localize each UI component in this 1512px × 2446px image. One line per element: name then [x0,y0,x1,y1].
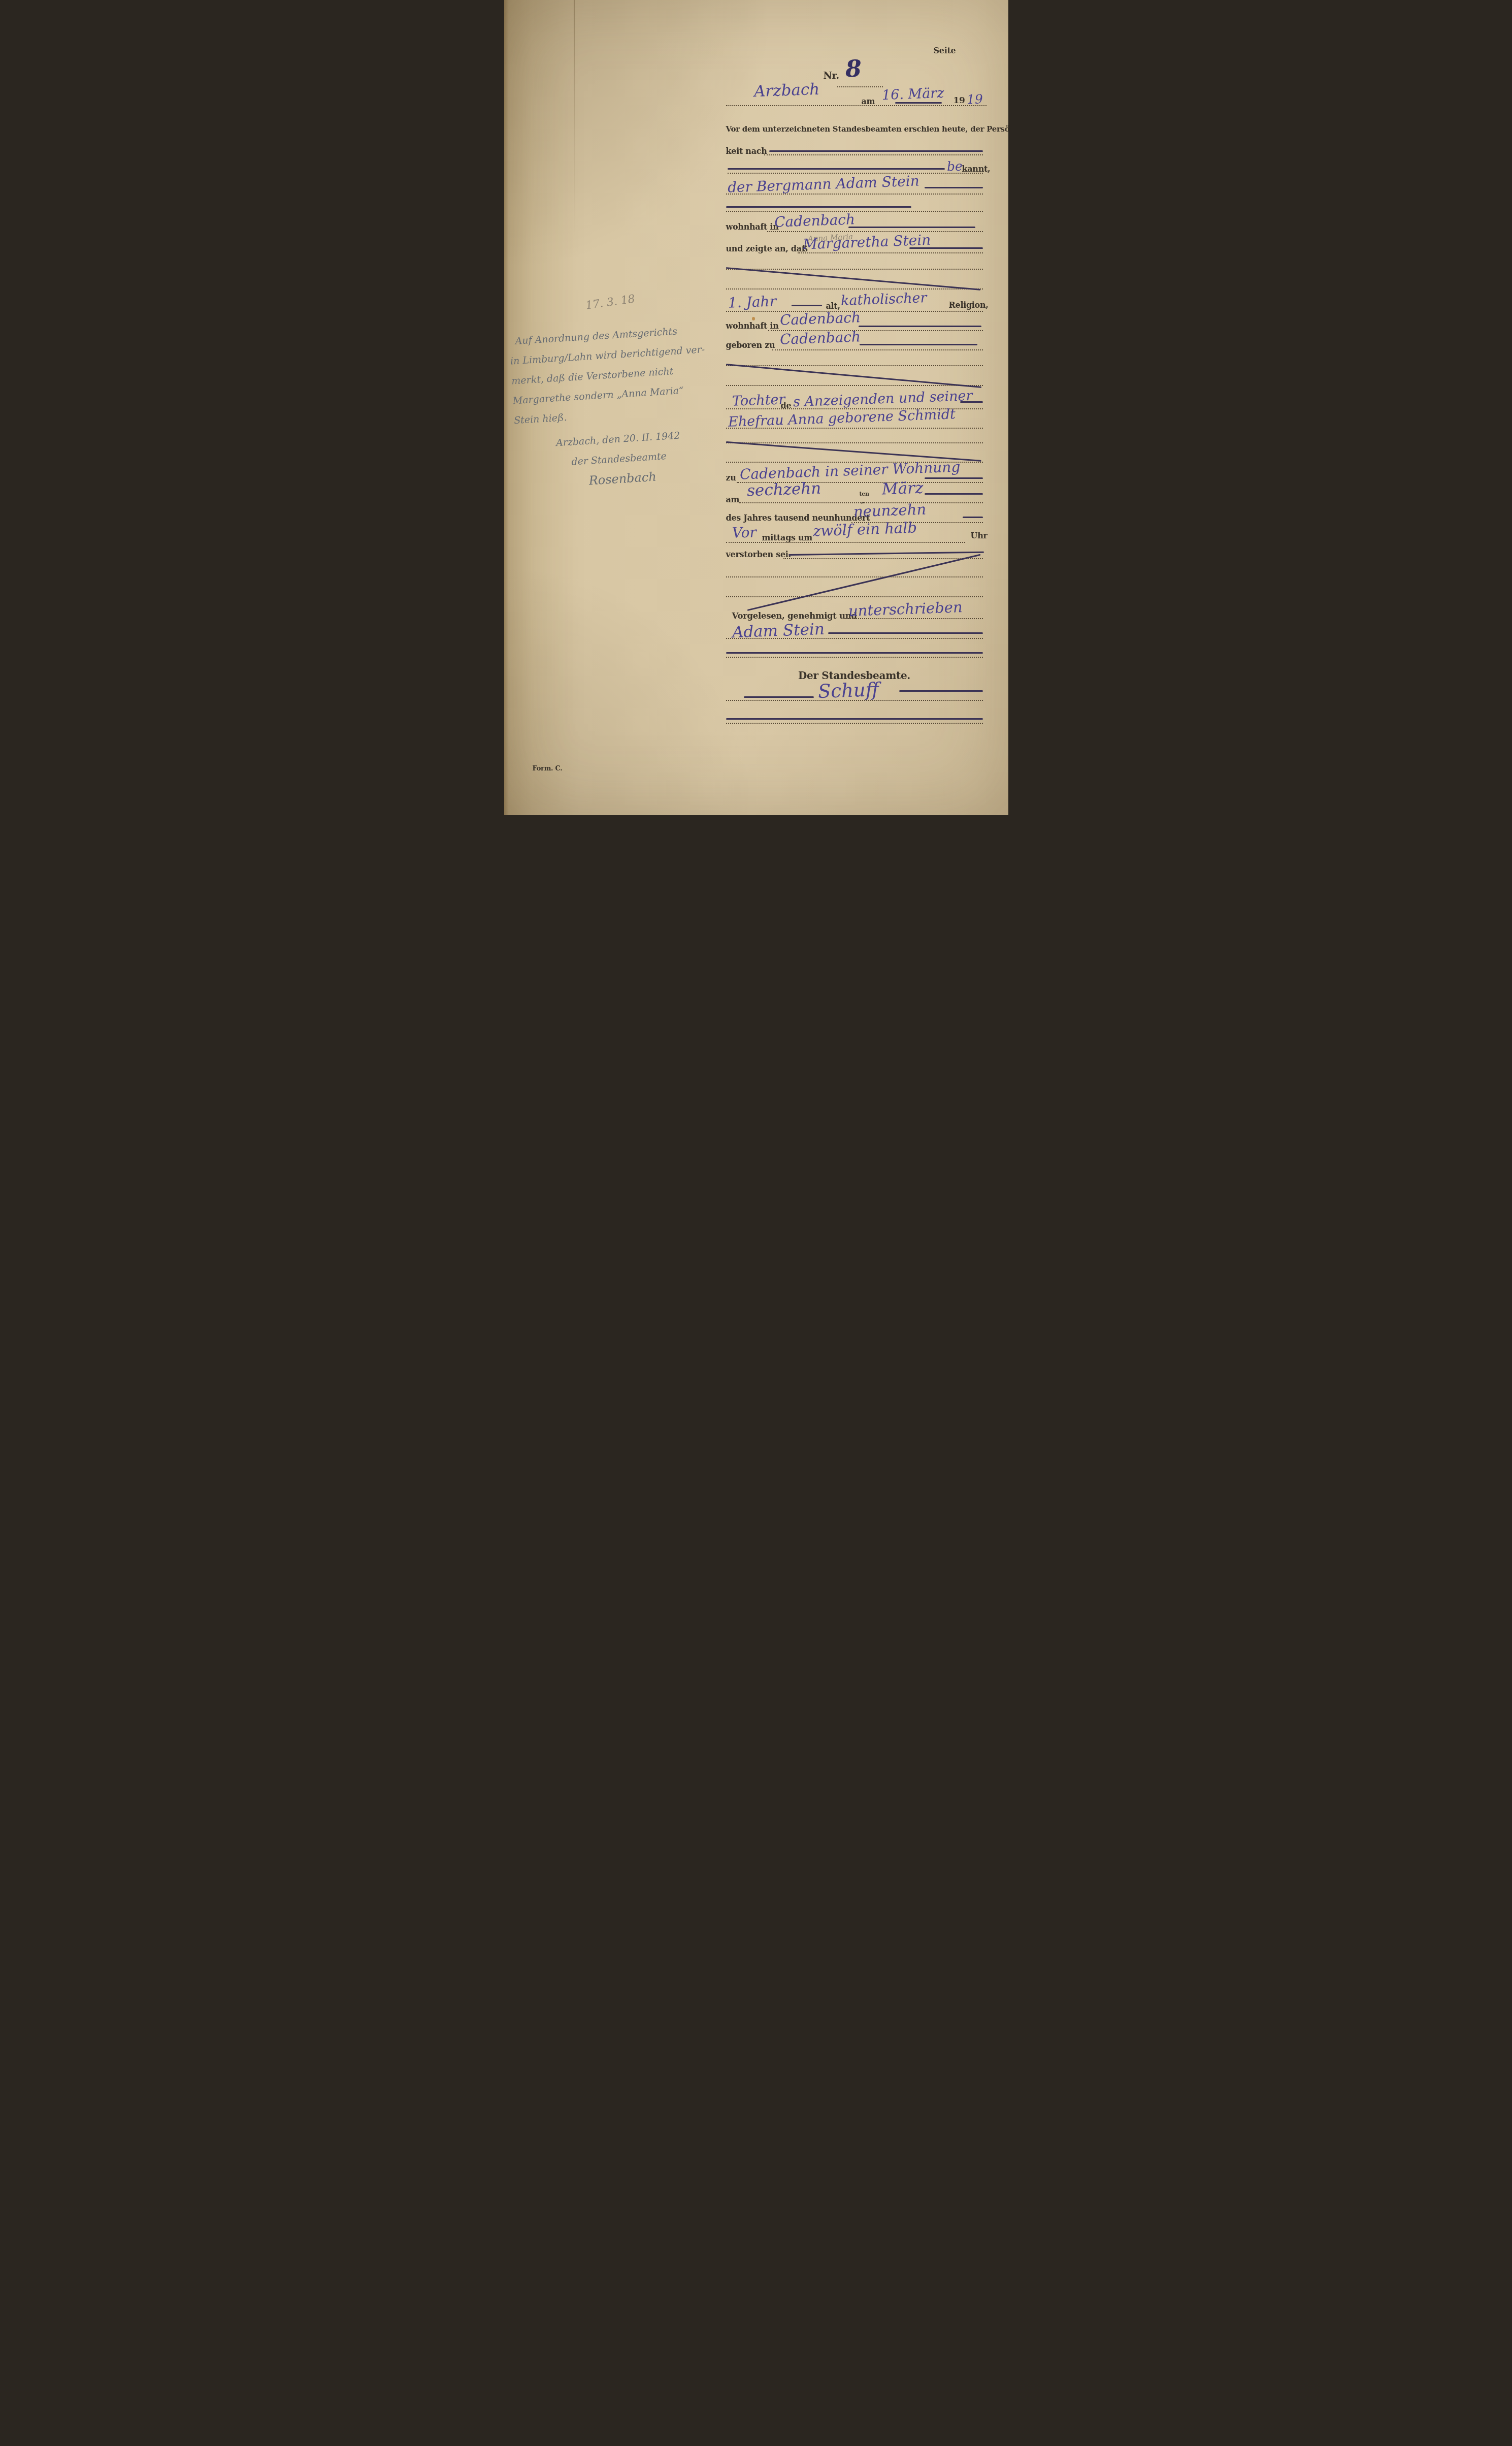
tochter-entry: Tochter [732,392,785,409]
residence1-dotted [767,231,983,232]
registrar-signature: Schuff [817,679,879,702]
margin-correction-note: Auf Anordnung des Amtsgerichts in Limbur… [508,318,740,495]
bekannt-hand: be [946,158,963,174]
wohnhaft2-label: wohnhaft in [726,321,779,331]
unterschrieben-dotted [845,618,983,619]
blank-dotted-line [764,154,983,155]
bottom-strike-line [726,718,983,720]
blank-dotted-line [726,365,983,366]
blank-strike-line [726,206,911,208]
blank-dotted-line [726,385,983,386]
nr-dotted-line [837,86,883,87]
death-month-entry: März [881,479,924,499]
mittags-label: mittags um [762,533,813,542]
birthplace-entry: Cadenbach [779,328,861,348]
blank-dotted-line [726,269,983,270]
dateline-strike [895,102,942,104]
death-day-strike [925,493,983,495]
death-day-entry: sechzehn [746,479,821,500]
diagonal-strike [726,364,981,388]
deceased-strike [909,247,983,249]
religion-label: Religion, [949,300,989,310]
birthplace-dotted [772,349,983,350]
signature-dotted [726,638,983,639]
unterschrieben-entry: unterschrieben [848,598,963,620]
blank-strike-line [728,168,945,170]
register-page: Seite Nr. 8 Arzbach am 16. März 19 19 Vo… [504,0,1008,815]
blank-dotted-line [726,596,983,597]
ten-label: ten [860,491,869,497]
residence1-entry: Cadenbach [774,211,855,231]
verstorben-label: verstorben sei. [726,550,791,559]
registrar-line-right [899,690,983,692]
residence2-strike [859,326,981,327]
death-time-dotted [726,542,965,543]
year-printed: 19 [954,95,965,106]
dateline-place: Arzbach [753,80,819,101]
wohnhaft1-label: wohnhaft in [726,222,779,232]
seite-label: Seite [934,46,956,55]
margin-pencil-date: 17. 3. 18 [584,293,635,312]
blank-dotted-line [726,657,983,658]
dateline-date: 16. März [881,85,944,103]
zeigte-label: und zeigte an, daß [726,244,808,253]
blank-strike-line [726,652,983,654]
ehefrau-dotted [726,428,983,429]
uhr-label: Uhr [971,531,988,540]
declarant-strike [925,187,983,188]
parents-strike [960,401,983,403]
verstorben-strike [788,552,983,556]
intro-line-2: keit nach [726,146,767,156]
verstorben-dotted [783,558,983,559]
dateline-dotted [726,105,987,106]
vorgelesen-label: Vorgelesen, genehmigt und [732,611,857,621]
bekannt-printed: kannt, [962,164,991,174]
deceased-dotted [798,252,983,253]
vor-entry: Vor [732,524,757,541]
intro-line-1: Vor dem unterzeichneten Standesbeamten e… [726,124,1008,134]
am-label: am [862,96,875,106]
death-year-entry: neunzehn [853,501,926,521]
religion-entry: katholischer [840,290,927,309]
bottom-dotted-line [726,723,983,724]
am2-label: am [726,495,740,504]
residence2-entry: Cadenbach [779,309,861,329]
nr-label: Nr. [824,70,839,81]
registrar-dotted [726,700,983,701]
ehefrau-entry: Ehefrau Anna geborene Schmidt [728,406,956,430]
death-year-strike [963,517,983,518]
geboren-label: geboren zu [726,340,775,350]
signature-strike [828,632,983,634]
declarant-entry: der Bergmann Adam Stein [727,172,919,196]
declarant-dotted [726,194,983,195]
form-label: Form. C. [533,765,563,773]
blank-dotted-line [728,173,983,174]
blank-strike-line [769,150,983,152]
paper-crease [574,0,575,239]
birthplace-strike [860,344,977,345]
entry-number: 8 [845,54,862,82]
diagonal-strike [726,267,980,291]
residence1-strike [848,227,975,228]
blank-dotted-line [726,442,983,443]
blank-dotted-line [726,576,983,577]
death-place-strike [925,477,983,479]
age-entry: 1. Jahr [728,293,776,311]
paper-stain [752,317,755,320]
death-time-entry: zwölf ein halb [812,519,917,539]
year-hand: 19 [966,91,983,107]
age-strike [792,305,822,306]
blank-dotted-line [726,288,983,289]
registrar-line-left [744,696,814,698]
